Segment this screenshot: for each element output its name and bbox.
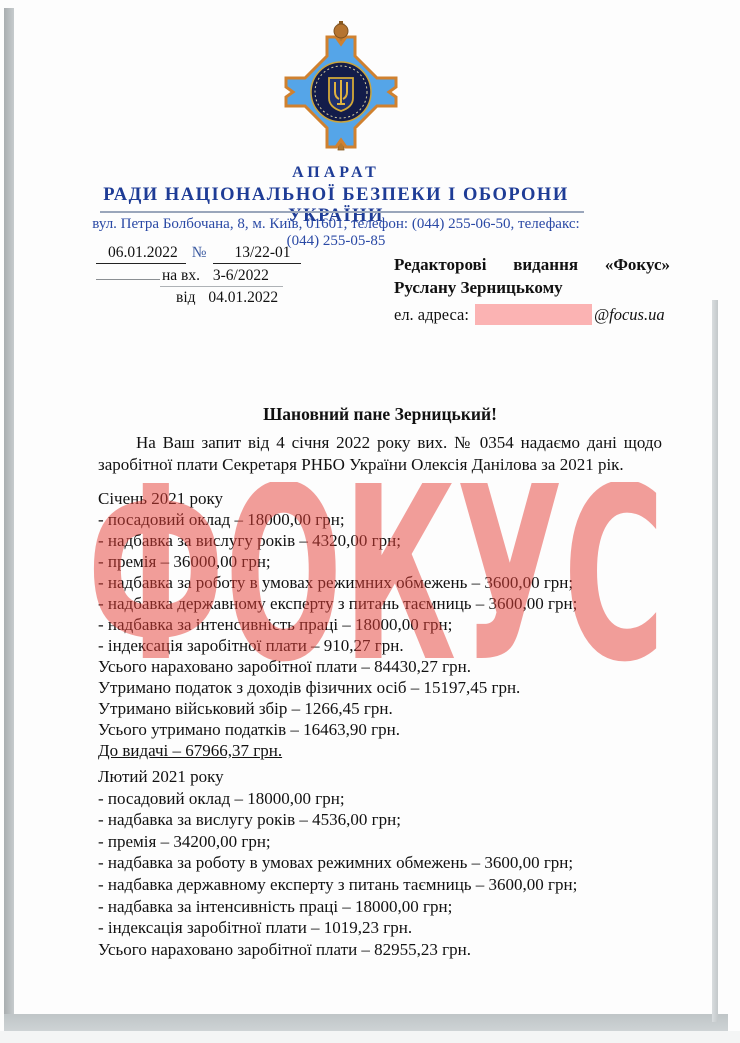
salutation: Шановний пане Зерницький! <box>98 404 662 425</box>
reference-line-in: на вх. 3-6/2022 <box>96 266 346 287</box>
ref-blank-line <box>96 279 160 280</box>
email-domain: @focus.ua <box>594 305 665 325</box>
section-february-title: Лютий 2021 року <box>98 766 664 788</box>
ref-in-label: на вх. <box>162 267 200 284</box>
org-name-line1: АПАРАТ <box>96 164 576 182</box>
recipient-email-row: ел. адреса: @focus.ua <box>394 304 670 325</box>
email-redaction-box <box>475 304 592 325</box>
salary-line: Утримано податок з доходів фізичних осіб… <box>98 677 664 698</box>
salary-line: - надбавка за роботу в умовах режимних о… <box>98 572 664 593</box>
scan-edge-right <box>712 300 718 1022</box>
salary-line: - надбавка державному експерту з питань … <box>98 874 664 896</box>
salary-line: - надбавка державному експерту з питань … <box>98 593 664 614</box>
email-label: ел. адреса: <box>394 305 469 325</box>
reference-block: 06.01.2022 № 13/22-01 на вх. 3-6/2022 ві… <box>96 243 346 308</box>
recipient-block: Редакторові видання «Фокус» Руслану Зерн… <box>394 255 670 325</box>
salary-line: Усього утримано податків – 16463,90 грн. <box>98 719 664 740</box>
salary-line: Усього нараховано заробітної плати – 844… <box>98 656 664 677</box>
recipient-name: Руслану Зерницькому <box>394 278 670 298</box>
reference-line-out: 06.01.2022 № 13/22-01 <box>96 243 346 264</box>
salary-line: - індексація заробітної плати – 1019,23 … <box>98 917 664 939</box>
ref-from-label: від <box>176 289 196 306</box>
salary-line: - надбавка за інтенсивність праці – 1800… <box>98 896 664 918</box>
ref-out-date: 06.01.2022 <box>96 243 186 264</box>
reference-line-date: від 04.01.2022 <box>96 288 346 308</box>
scan-background <box>0 1031 740 1043</box>
salary-line: - посадовий оклад – 18000,00 грн; <box>98 788 664 810</box>
ref-in-number: 3-6/2022 <box>204 267 269 284</box>
header-divider <box>100 211 584 213</box>
salary-line: - надбавка за вислугу років – 4536,00 гр… <box>98 809 664 831</box>
rnbo-emblem-icon <box>281 16 401 156</box>
scanned-letter-page: АПАРАТ РАДИ НАЦІОНАЛЬНОЇ БЕЗПЕКИ І ОБОРО… <box>0 0 740 1043</box>
scan-edge-bottom <box>4 1014 728 1031</box>
intro-paragraph: На Ваш запит від 4 січня 2022 року вих. … <box>98 432 662 476</box>
salary-line: - премія – 34200,00 грн; <box>98 831 664 853</box>
ref-in-group: на вх. 3-6/2022 <box>160 266 283 287</box>
salary-line: - премія – 36000,00 грн; <box>98 551 664 572</box>
salary-line: - індексація заробітної плати – 910,27 г… <box>98 635 664 656</box>
ref-in-date: 04.01.2022 <box>199 289 278 306</box>
salary-line: - надбавка за вислугу років – 4320,00 гр… <box>98 530 664 551</box>
section-january: Січень 2021 року - посадовий оклад – 180… <box>98 488 664 761</box>
salary-line: Усього нараховано заробітної плати – 829… <box>98 939 664 961</box>
section-february: Лютий 2021 року - посадовий оклад – 1800… <box>98 766 664 960</box>
recipient-title: Редакторові видання «Фокус» <box>394 255 670 275</box>
salary-line: - надбавка за роботу в умовах режимних о… <box>98 852 664 874</box>
scan-edge-left <box>4 8 14 1022</box>
salary-line: Утримано військовий збір – 1266,45 грн. <box>98 698 664 719</box>
ref-number-sign: № <box>192 243 207 263</box>
salary-line: - посадовий оклад – 18000,00 грн; <box>98 509 664 530</box>
salary-line: - надбавка за інтенсивність праці – 1800… <box>98 614 664 635</box>
total-due-line: До видачі – 67966,37 грн. <box>98 740 664 761</box>
section-january-title: Січень 2021 року <box>98 488 664 509</box>
ref-out-number: 13/22-01 <box>213 243 301 264</box>
